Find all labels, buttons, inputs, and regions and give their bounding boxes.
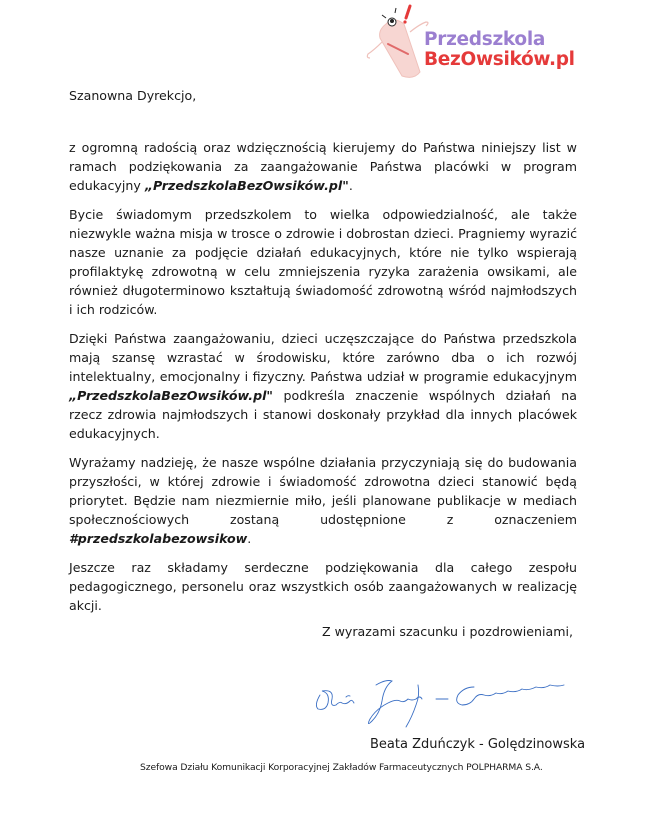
signer-role: Szefowa Działu Komunikacji Korporacyjnej…	[140, 762, 543, 773]
hashtag: #przedszkolabezowsikow	[69, 531, 247, 546]
letter-body: Szanowna Dyrekcjo, z ogromną radością or…	[69, 86, 577, 625]
paragraph-text: .	[247, 531, 251, 546]
paragraph-1: z ogromną radością oraz wdzięcznością ki…	[69, 138, 577, 195]
paragraph-4: Wyrażamy nadzieję, że nasze wspólne dzia…	[69, 453, 577, 548]
program-name: „PrzedszkolaBezOwsików.pl"	[145, 178, 349, 193]
paragraph-text: .	[349, 178, 353, 193]
brand-line-1: Przedszkola	[424, 30, 575, 50]
paragraph-5: Jeszcze raz składamy serdeczne podziękow…	[69, 558, 577, 615]
closing-phrase: Z wyrazami szacunku i pozdrowieniami,	[322, 624, 573, 639]
paragraph-2: Bycie świadomym przedszkolem to wielka o…	[69, 205, 577, 319]
handwritten-signature-icon	[306, 665, 596, 735]
greeting: Szanowna Dyrekcjo,	[69, 86, 577, 105]
paragraph-text: Wyrażamy nadzieję, że nasze wspólne dzia…	[69, 455, 577, 527]
signer-name: Beata Zduńczyk - Golędzinowska	[370, 737, 585, 752]
brand-logo: Przedszkola BezOwsików.pl	[364, 2, 594, 80]
brand-line-2: BezOwsików.pl	[424, 50, 575, 70]
paragraph-text: Dzięki Państwa zaangażowaniu, dzieci ucz…	[69, 331, 577, 384]
paragraph-3: Dzięki Państwa zaangażowaniu, dzieci ucz…	[69, 329, 577, 443]
program-name: „PrzedszkolaBezOwsików.pl"	[69, 388, 273, 403]
brand-name: Przedszkola BezOwsików.pl	[424, 30, 575, 70]
